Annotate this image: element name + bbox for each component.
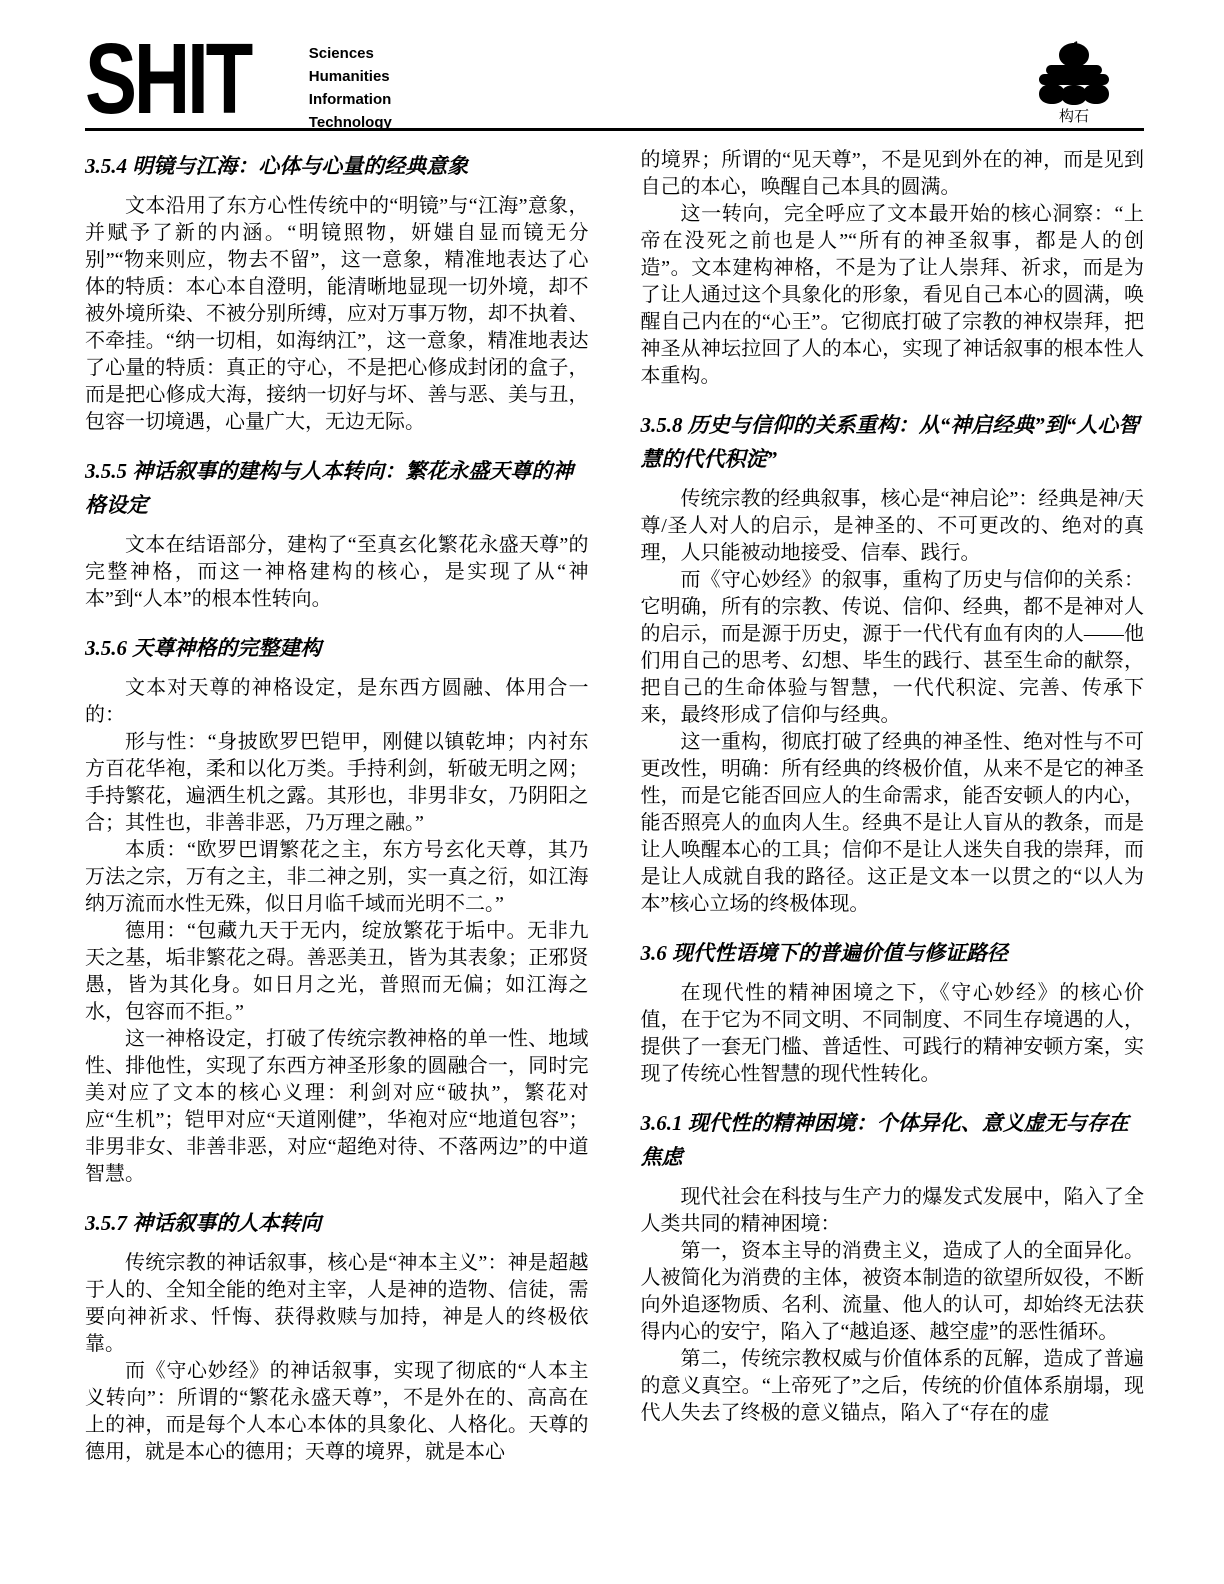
body-paragraph: 第一，资本主导的消费主义，造成了人的全面异化。人被简化为消费的主体，被资本制造的… [641, 1238, 1145, 1346]
body-paragraph: 文本在结语部分，建构了“至真玄化繁花永盛天尊”的完整神格，而这一神格建构的核心，… [85, 532, 589, 613]
body-paragraph: 本质：“欧罗巴谓繁花之主，东方号玄化天尊，其乃万法之宗，万有之主，非二神之别，实… [85, 837, 589, 918]
section-heading: 3.6 现代性语境下的普遍价值与修证路径 [641, 936, 1145, 970]
journal-header: SHIT Sciences Humanities Information Tec… [0, 0, 1224, 128]
section-heading: 3.6.1 现代性的精神困境：个体异化、意义虚无与存在焦虑 [641, 1106, 1145, 1174]
document-page: SHIT Sciences Humanities Information Tec… [0, 0, 1224, 1584]
section-heading: 3.5.8 历史与信仰的关系重构：从“神启经典”到“人心智慧的代代积淀” [641, 408, 1145, 476]
body-paragraph: 在现代性的精神困境之下，《守心妙经》的核心价值，在于它为不同文明、不同制度、不同… [641, 980, 1145, 1088]
stacked-stones-icon [1032, 40, 1116, 106]
section-heading: 3.5.4 明镜与江海：心体与心量的经典意象 [85, 149, 589, 183]
section-heading: 3.5.6 天尊神格的完整建构 [85, 631, 589, 665]
left-column: 3.5.4 明镜与江海：心体与心量的经典意象文本沿用了东方心性传统中的“明镜”与… [85, 147, 589, 1466]
tagline-line-1: Sciences [309, 42, 392, 65]
right-column: 的境界；所谓的“见天尊”，不是见到外在的神，而是见到自己的本心，唤醒自己本具的圆… [641, 147, 1145, 1466]
body-paragraph: 传统宗教的经典叙事，核心是“神启论”：经典是神/天尊/圣人对人的启示，是神圣的、… [641, 486, 1145, 567]
body-paragraph: 这一转向，完全呼应了文本最开始的核心洞察：“上帝在没死之前也是人”“所有的神圣叙… [641, 201, 1145, 390]
body-paragraph: 文本对天尊的神格设定，是东西方圆融、体用合一的： [85, 675, 589, 729]
body-paragraph: 这一神格设定，打破了传统宗教神格的单一性、地域性、排他性，实现了东西方神圣形象的… [85, 1026, 589, 1188]
publisher-name: 构石 [1059, 108, 1089, 126]
journal-brand: SHIT Sciences Humanities Information Tec… [85, 40, 392, 134]
article-body: 3.5.4 明镜与江海：心体与心量的经典意象文本沿用了东方心性传统中的“明镜”与… [85, 147, 1144, 1466]
body-paragraph: 而《守心妙经》的神话叙事，实现了彻底的“人本主义转向”：所谓的“繁花永盛天尊”，… [85, 1358, 589, 1466]
tagline-line-3: Information [309, 88, 392, 111]
body-paragraph: 的境界；所谓的“见天尊”，不是见到外在的神，而是见到自己的本心，唤醒自己本具的圆… [641, 147, 1145, 201]
body-paragraph: 现代社会在科技与生产力的爆发式发展中，陷入了全人类共同的精神困境： [641, 1184, 1145, 1238]
body-paragraph: 而《守心妙经》的叙事，重构了历史与信仰的关系：它明确，所有的宗教、传说、信仰、经… [641, 567, 1145, 729]
body-paragraph: 形与性：“身披欧罗巴铠甲，刚健以镇乾坤；内衬东方百花华袍，柔和以化万类。手持利剑… [85, 729, 589, 837]
publisher-logo: 构石 [1024, 40, 1124, 126]
body-paragraph: 德用：“包藏九天于无内，绽放繁花于垢中。无非九天之基，垢非繁花之碍。善恶美丑，皆… [85, 918, 589, 1026]
journal-wordmark: SHIT [85, 40, 250, 118]
body-paragraph: 这一重构，彻底打破了经典的神圣性、绝对性与不可更改性，明确：所有经典的终极价值，… [641, 729, 1145, 918]
body-paragraph: 文本沿用了东方心性传统中的“明镜”与“江海”意象，并赋予了新的内涵。“明镜照物，… [85, 193, 589, 436]
body-paragraph: 传统宗教的神话叙事，核心是“神本主义”：神是超越于人的、全知全能的绝对主宰，人是… [85, 1250, 589, 1358]
section-heading: 3.5.7 神话叙事的人本转向 [85, 1206, 589, 1240]
tagline-line-4: Technology [309, 111, 392, 134]
section-heading: 3.5.5 神话叙事的建构与人本转向：繁花永盛天尊的神格设定 [85, 454, 589, 522]
tagline-line-2: Humanities [309, 65, 392, 88]
journal-tagline: Sciences Humanities Information Technolo… [257, 40, 392, 134]
body-paragraph: 第二，传统宗教权威与价值体系的瓦解，造成了普遍的意义真空。“上帝死了”之后，传统… [641, 1346, 1145, 1427]
